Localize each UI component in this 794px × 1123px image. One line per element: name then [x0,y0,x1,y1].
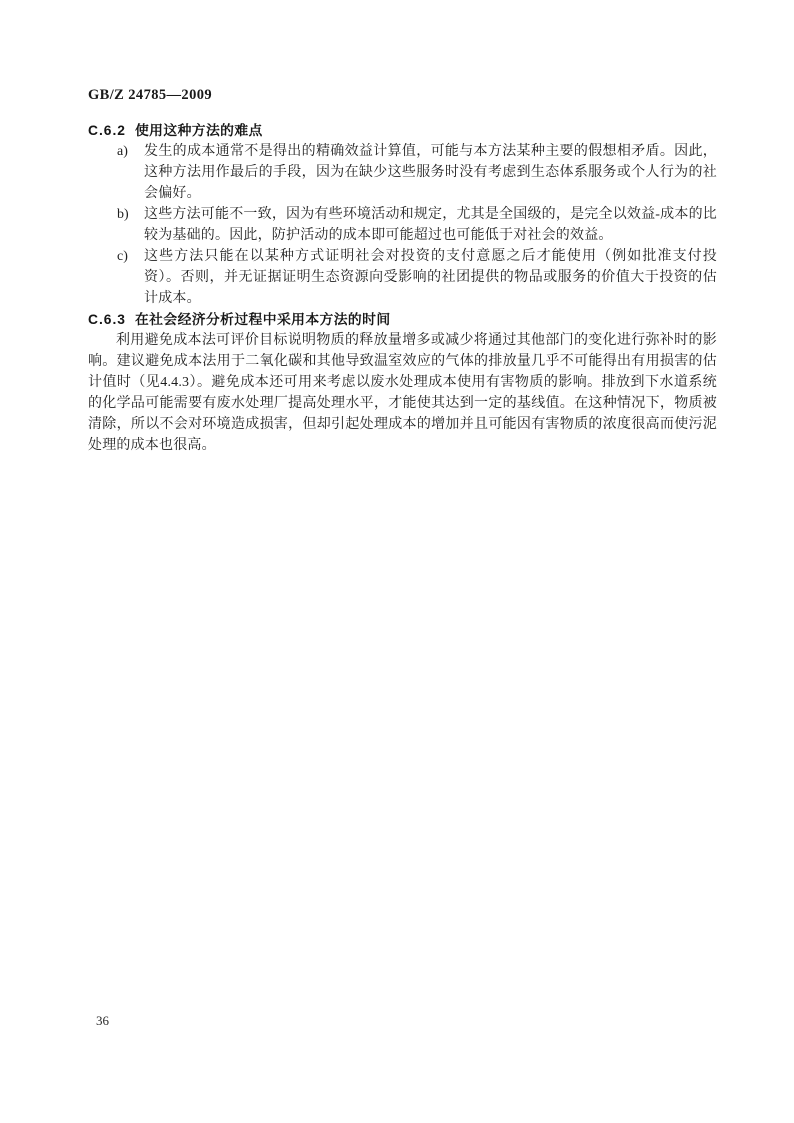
list-item-label: a) [117,141,128,162]
page-number: 36 [96,1013,109,1029]
list-item-b: b) 这些方法可能不一致，因为有些环境活动和规定，尤其是全国级的，是完全以效益-… [88,204,717,246]
list-item-text: 这些方法可能不一致，因为有些环境活动和规定，尤其是全国级的，是完全以效益-成本的… [144,207,717,243]
list-item-text: 这些方法只能在以某种方式证明社会对投资的支付意愿之后才能使用（例如批准支付投资）… [144,249,717,306]
section-c-6-3: C.6.3在社会经济分析过程中采用本方法的时间 利用避免成本法可评价目标说明物质… [88,309,717,456]
lettered-list: a) 发生的成本通常不是得出的精确效益计算值，可能与本方法某种主要的假想相矛盾。… [88,141,717,309]
list-item-c: c) 这些方法只能在以某种方式证明社会对投资的支付意愿之后才能使用（例如批准支付… [88,246,717,309]
list-item-label: c) [117,246,128,267]
section-title: 使用这种方法的难点 [135,123,263,138]
section-c-6-2: C.6.2使用这种方法的难点 a) 发生的成本通常不是得出的精确效益计算值，可能… [88,120,717,309]
body-paragraph: 利用避免成本法可评价目标说明物质的释放量增多或减少将通过其他部门的变化进行弥补时… [88,330,717,456]
section-number: C.6.2 [88,120,126,141]
section-title: 在社会经济分析过程中采用本方法的时间 [135,312,391,327]
section-heading: C.6.2使用这种方法的难点 [88,120,717,141]
document-page: GB/Z 24785—2009 C.6.2使用这种方法的难点 a) 发生的成本通… [0,0,794,1123]
section-number: C.6.3 [88,309,126,330]
list-item-label: b) [117,204,129,225]
list-item-a: a) 发生的成本通常不是得出的精确效益计算值，可能与本方法某种主要的假想相矛盾。… [88,141,717,204]
running-header: GB/Z 24785—2009 [88,87,717,104]
section-heading: C.6.3在社会经济分析过程中采用本方法的时间 [88,309,717,330]
page-content: GB/Z 24785—2009 C.6.2使用这种方法的难点 a) 发生的成本通… [88,87,717,456]
list-item-text: 发生的成本通常不是得出的精确效益计算值，可能与本方法某种主要的假想相矛盾。因此，… [144,144,717,201]
